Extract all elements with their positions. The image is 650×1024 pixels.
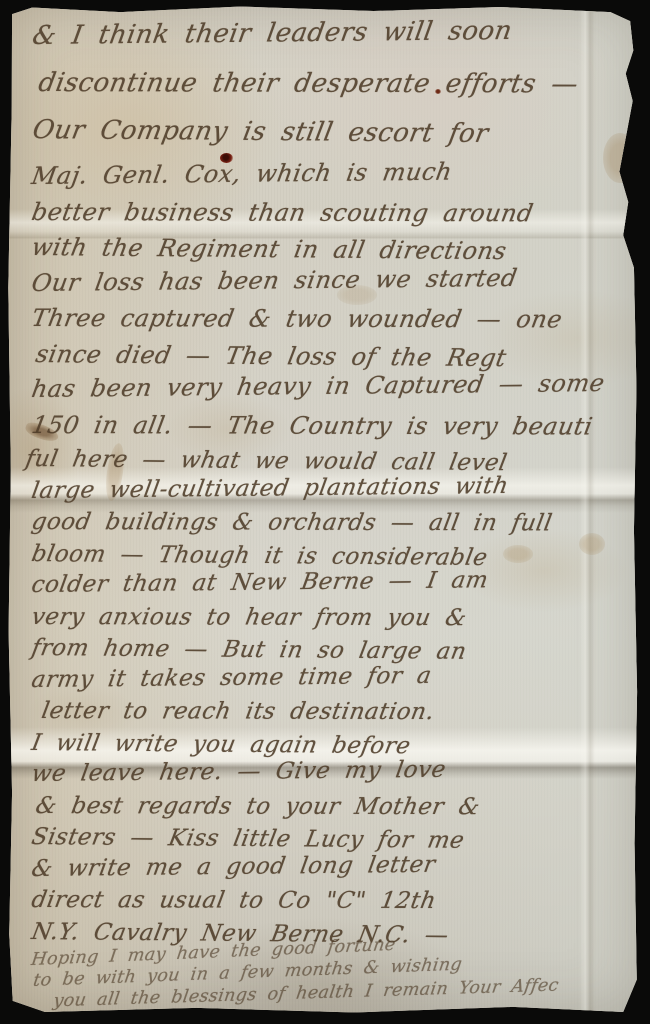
tan-stain bbox=[337, 285, 377, 305]
handwritten-line: Maj. Genl. Cox, which is much bbox=[28, 158, 643, 200]
red-speck-stain bbox=[435, 89, 441, 94]
handwritten-line: ful here — what we would call level bbox=[22, 448, 635, 485]
handwritten-line: 150 in all. — The Country is very beauti bbox=[28, 413, 642, 450]
handwritten-line: Sisters — Kiss little Lucy for me bbox=[28, 826, 641, 863]
handwritten-line: & write me a good long letter bbox=[28, 851, 642, 889]
handwritten-line: Three captured & two wounded — one bbox=[28, 306, 642, 343]
handwritten-line: & I think their leaders will soon bbox=[27, 17, 644, 70]
letter-page: & I think their leaders will soondiscont… bbox=[7, 5, 639, 1015]
handwritten-line: N.Y. Cavalry New Berne N.C. — bbox=[28, 921, 641, 958]
handwritten-line: army it takes some time for a bbox=[28, 662, 642, 700]
fold-crease-vertical bbox=[579, 5, 595, 1015]
handwritten-line: we leave here. — Give my love bbox=[28, 757, 642, 795]
handwritten-line: with the Regiment in all directions bbox=[28, 235, 642, 276]
handwritten-line: to be with you in a few months & wishing bbox=[32, 950, 647, 994]
handwritten-line: letter to reach its destination. bbox=[38, 700, 650, 733]
handwritten-line: since died — The loss of the Regt bbox=[32, 342, 646, 383]
fold-crease-upper bbox=[7, 209, 639, 239]
handwritten-line: you all the blessings of health I remain… bbox=[52, 974, 650, 1014]
handwritten-line: from home — But in so large an bbox=[28, 637, 641, 674]
handwritten-line: discontinue their desperate efforts — bbox=[33, 70, 649, 119]
handwritten-line: has been very heavy in Captured — some bbox=[28, 371, 643, 413]
handwritten-line: Hoping I may have the good fortune bbox=[30, 927, 645, 973]
handwritten-line: I will write you again before bbox=[28, 732, 641, 769]
tan-stain bbox=[503, 545, 533, 563]
handwritten-line: direct as usual to Co "C" 12th bbox=[28, 889, 641, 922]
letter-text: & I think their leaders will soondiscont… bbox=[7, 5, 639, 1015]
edge-stain bbox=[603, 133, 637, 183]
fold-crease-middle bbox=[7, 467, 639, 513]
handwritten-line: large well-cultivated plantations with bbox=[28, 473, 642, 511]
handwritten-line: & best regards to your Mother & bbox=[32, 795, 645, 828]
handwritten-line: good buildings & orchards — all in full bbox=[28, 511, 641, 544]
handwritten-line: better business than scouting around bbox=[28, 200, 642, 237]
red-wax-stain bbox=[220, 153, 233, 163]
handwritten-line: bloom — Though it is considerable bbox=[28, 543, 641, 580]
fold-crease-lower bbox=[7, 727, 639, 779]
handwritten-line: Our loss has been since we started bbox=[28, 264, 643, 306]
tan-stain bbox=[579, 533, 605, 555]
handwritten-line: Our Company is still escort for bbox=[27, 117, 643, 169]
handwritten-line: very anxious to hear from you & bbox=[28, 606, 641, 639]
ink-smudge-stain bbox=[24, 420, 61, 444]
handwritten-line: colder than at New Berne — I am bbox=[28, 568, 642, 606]
tan-streak-stain bbox=[103, 442, 127, 502]
scan-background: & I think their leaders will soondiscont… bbox=[0, 0, 650, 1024]
